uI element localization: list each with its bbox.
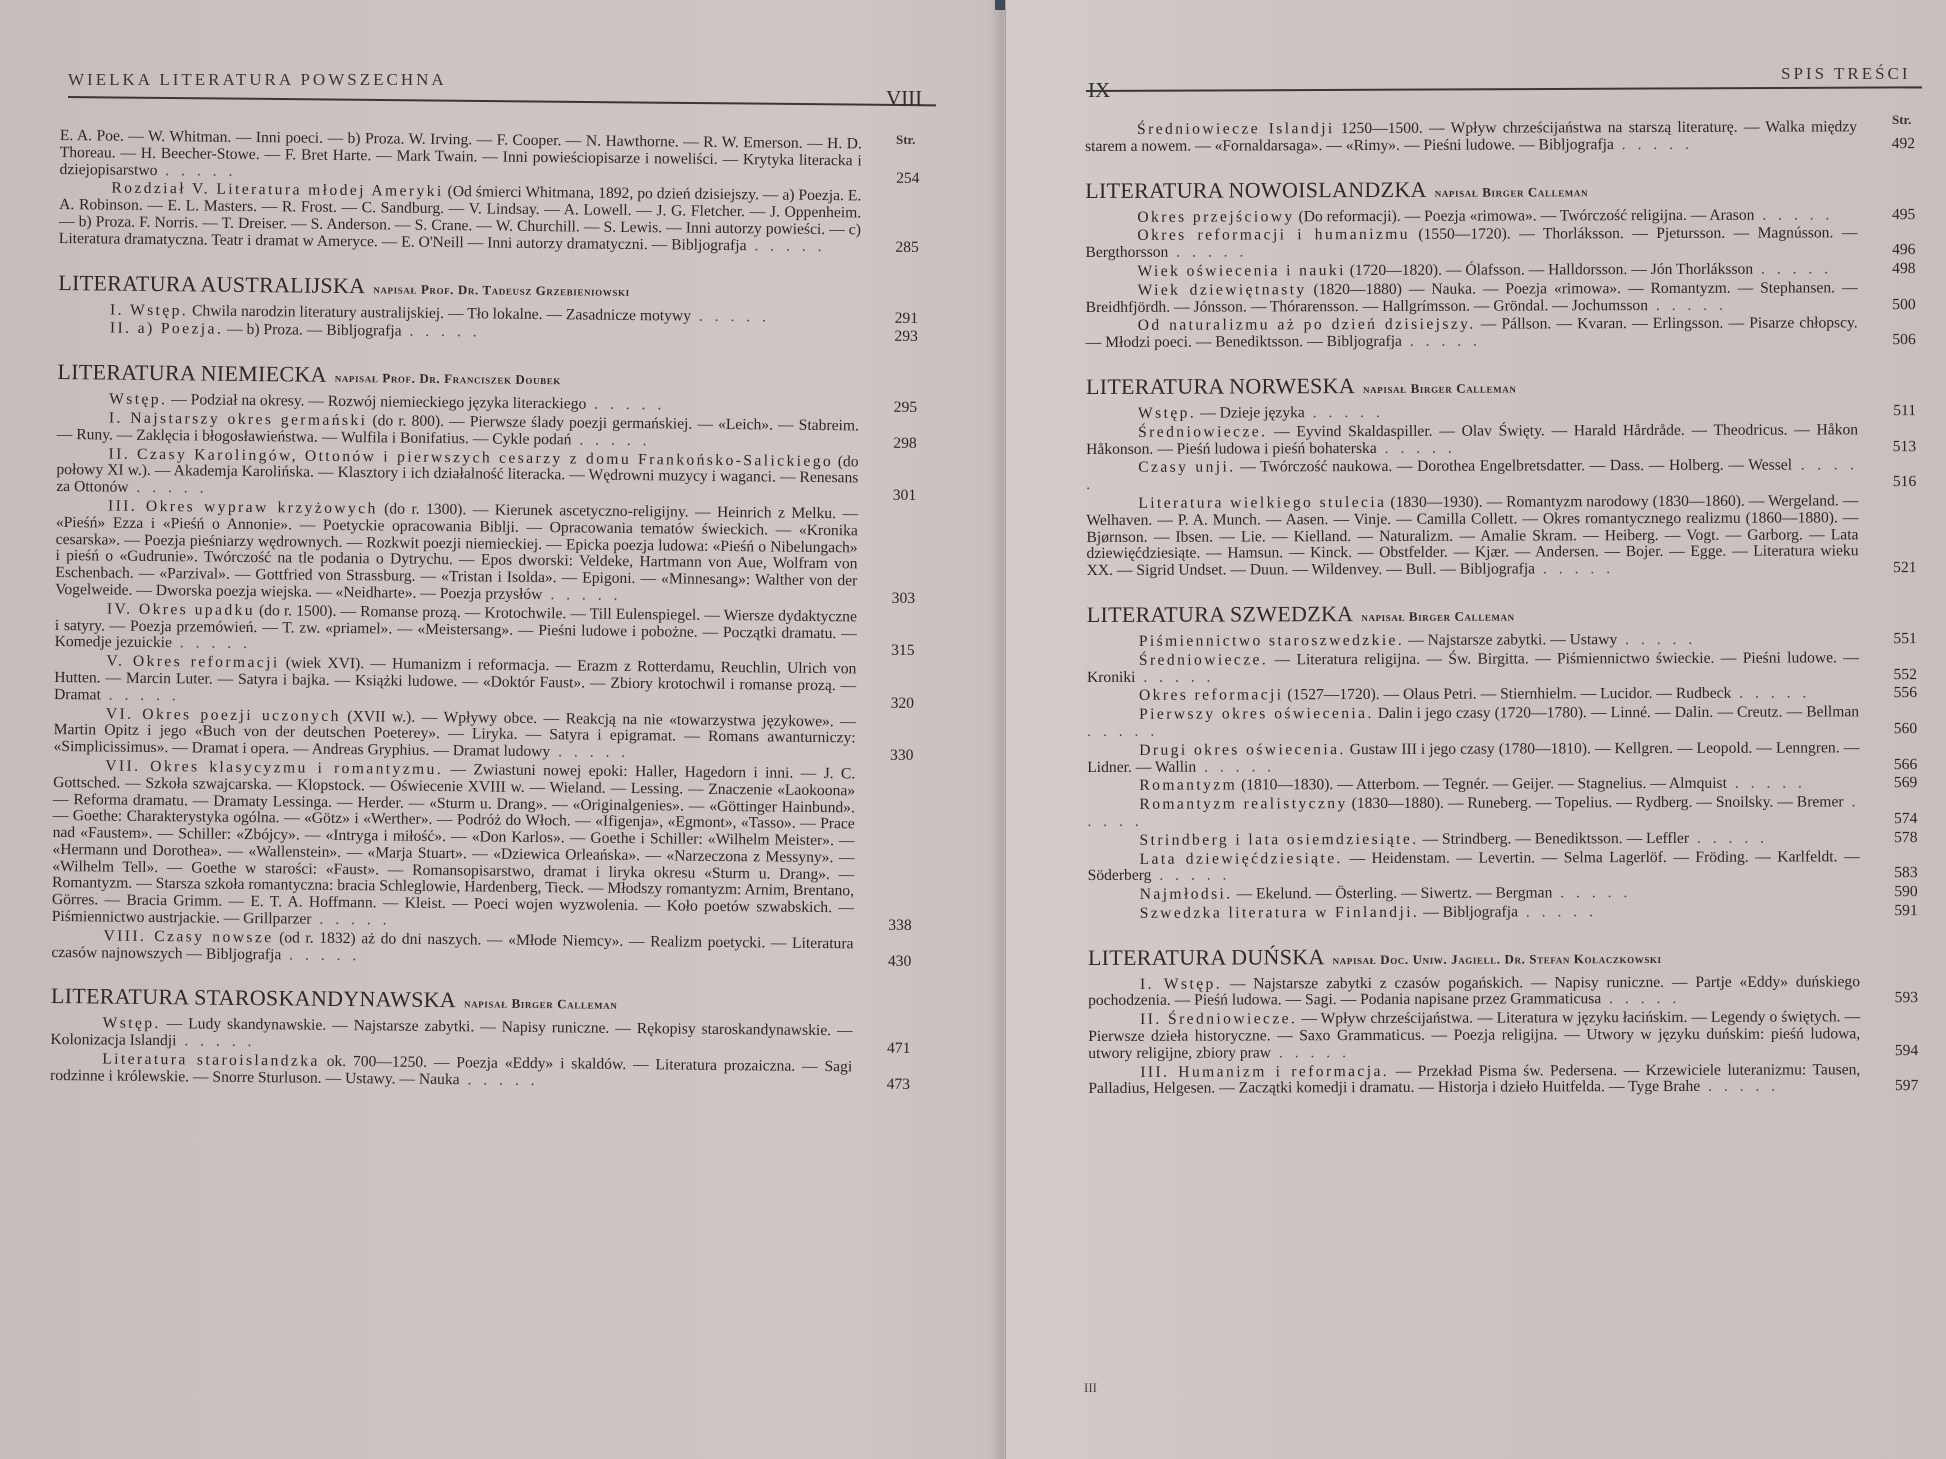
dot-leader: . . . . . — [460, 1071, 539, 1089]
section-author: napisał Birger Calleman — [464, 996, 618, 1013]
page-number: 513 — [1864, 439, 1916, 456]
entry-lead: IV. Okres upadku — [107, 600, 255, 619]
section-title: Literatura niemiecka — [57, 359, 327, 387]
toc-right-column: Średniowiecze Islandji 1250—1500. — Wpły… — [1085, 119, 1918, 1120]
page-number: 430 — [859, 953, 911, 970]
entry-indent — [50, 1063, 102, 1064]
entry-lead: Strindberg i lata osiemdziesiąte. — [1139, 831, 1418, 849]
entry-text: — Zwiastuni nowej epoki: Haller, Hagedor… — [52, 761, 856, 928]
entry-text: — Bibljografja — [1423, 903, 1518, 920]
toc-entry[interactable]: Literatura wielkiego stulecia (1830—1930… — [1086, 493, 1916, 580]
toc-entry[interactable]: Wstęp. — Dzieje języka . . . . .511 — [1086, 403, 1916, 423]
toc-entry[interactable]: Pierwszy okres oświecenia. Dalin i jego … — [1087, 704, 1917, 740]
dot-leader: . . . . . — [1614, 136, 1693, 153]
signature-mark: III — [1084, 1380, 1097, 1396]
toc-section: Średniowiecze Islandji 1250—1500. — Wpły… — [1085, 119, 1915, 155]
entry-text: (Do reformacji). — Poezja «rimowa». — Tw… — [1298, 206, 1754, 225]
toc-left-column: E. A. Poe. — W. Whitman. — Inni poeci. —… — [50, 128, 920, 1116]
toc-section: Literatura nowoislandzkanapisał Birger C… — [1085, 175, 1916, 352]
entry-lead: V. Okres reformacji — [106, 653, 279, 672]
toc-entry[interactable]: VII. Okres klasycyzmu i romantyzmu. — Zw… — [52, 758, 914, 935]
entry-lead: Czasy unji. — [1138, 459, 1235, 476]
page-number: 285 — [867, 239, 919, 256]
entry-indent — [57, 403, 109, 404]
entry-text: — Twórczość naukowa. — Dorothea Engelbre… — [1240, 457, 1792, 476]
entry-lead: Najmłodsi. — [1140, 886, 1233, 903]
entry-lead: Wiek dziewiętnasty — [1138, 281, 1307, 299]
entry-indent — [54, 717, 106, 718]
entry-indent — [54, 665, 106, 666]
dot-leader: . . . . . — [1151, 867, 1230, 884]
entry-lead: VIII. Czasy nowsze — [103, 927, 273, 946]
dot-leader: . . . . . — [571, 431, 650, 449]
page-number: 500 — [1864, 297, 1916, 314]
section-heading: Literatura australijskanapisał Prof. Dr.… — [58, 270, 918, 305]
toc-entry[interactable]: Drugi okres oświecenia. Gustaw III i jeg… — [1087, 740, 1917, 776]
dot-leader: . . . . . — [1648, 296, 1727, 313]
toc-entry[interactable]: Średniowiecze. — Literatura religijna. —… — [1087, 650, 1917, 686]
entry-text: (1720—1820). — Ólafsson. — Halldorsson. … — [1350, 261, 1753, 279]
dot-leader: . . . . . — [1700, 1078, 1779, 1095]
dot-leader: . . . . . — [1753, 260, 1832, 277]
dot-leader: . . . . . — [1305, 404, 1384, 421]
toc-entry[interactable]: Najmłodsi. — Ekelund. — Österling. — Siw… — [1088, 884, 1918, 904]
entry-text: (1810—1830). — Atterbom. — Tegnér. — Gei… — [1241, 775, 1727, 794]
entry-text: — Ekelund. — Österling. — Siwertz. — Ber… — [1236, 884, 1552, 902]
entry-text: — Podział na okresy. — Rozwój niemieckie… — [171, 391, 586, 412]
toc-section: Literatura norweskanapisał Birger Callem… — [1086, 371, 1917, 580]
toc-entry[interactable]: II. Średniowiecze. — Wpływ chrześcijańst… — [1088, 1009, 1918, 1062]
entry-text: (1830—1880). — Runeberg. — Topelius. — R… — [1352, 793, 1844, 812]
entry-lead: Literatura wielkiego stulecia — [1138, 494, 1386, 512]
page-number: 315 — [862, 643, 914, 660]
page-number: 516 — [1864, 474, 1916, 491]
toc-entry[interactable]: Rozdział V. Literatura młodej Ameryki (O… — [59, 180, 920, 256]
section-author: napisał Birger Calleman — [1363, 380, 1516, 396]
entry-indent — [56, 510, 108, 511]
page-number: 471 — [858, 1041, 910, 1058]
header-rule-right — [1086, 86, 1922, 92]
dot-leader: . . . . . — [1727, 775, 1806, 792]
section-heading: Literatura duńskanapisał Doc. Uniw. Jagi… — [1088, 942, 1918, 971]
entry-text: — Ludy skandynawskie. — Najstarsze zabyt… — [50, 1016, 852, 1050]
toc-section: Literatura duńskanapisał Doc. Uniw. Jagi… — [1088, 942, 1919, 1098]
entry-indent — [58, 314, 110, 315]
dot-leader: . . . . . — [1601, 990, 1680, 1007]
entry-lead: Okres przejściowy — [1137, 208, 1294, 226]
entry-lead: Wstęp. — [103, 1015, 161, 1033]
toc-section: Literatura szwedzkanapisał Birger Callem… — [1087, 599, 1918, 923]
section-title: Literatura duńska — [1088, 944, 1325, 970]
toc-entry[interactable]: E. A. Poe. — W. Whitman. — Inni poeci. —… — [59, 128, 919, 187]
page-number: 594 — [1866, 1043, 1918, 1060]
dot-leader: . . . . . — [586, 396, 665, 414]
page-number: 593 — [1866, 991, 1918, 1008]
page-number: 552 — [1865, 667, 1917, 684]
toc-entry[interactable]: V. Okres reformacji (wiek XVI). — Humani… — [54, 653, 914, 712]
section-heading: Literatura niemieckanapisał Prof. Dr. Fr… — [57, 359, 917, 394]
page-number: 569 — [1865, 775, 1917, 792]
page-number: 566 — [1865, 757, 1917, 774]
page-number: 506 — [1864, 332, 1916, 349]
section-author: napisał Doc. Uniw. Jagiell. Dr. Stefan K… — [1333, 951, 1662, 967]
toc-entry[interactable]: Okres reformacji (1527—1720). — Olaus Pe… — [1087, 685, 1917, 705]
dot-leader: . . . . . — [311, 911, 390, 929]
dot-leader: . . . . . — [172, 635, 251, 653]
toc-entry[interactable]: III. Humanizm i reformacja. — Przekład P… — [1088, 1062, 1918, 1098]
dot-leader: . . . . . — [1377, 439, 1456, 456]
dot-leader: . . . . . — [1271, 1044, 1350, 1061]
entry-lead: Od naturalizmu aż po dzień dzisiejszy. — [1138, 316, 1476, 334]
toc-section: Literatura australijskanapisał Prof. Dr.… — [58, 270, 919, 347]
toc-entry[interactable]: III. Okres wypraw krzyżowych (do r. 1300… — [55, 498, 916, 608]
toc-entry[interactable]: Strindberg i lata osiemdziesiąte. — Stri… — [1087, 830, 1917, 850]
page-number: 498 — [1863, 261, 1915, 278]
section-title: Literatura norweska — [1086, 373, 1355, 399]
page-number: 521 — [1865, 560, 1917, 577]
toc-section: E. A. Poe. — W. Whitman. — Inni poeci. —… — [59, 128, 920, 257]
section-author: napisał Prof. Dr. Tadeusz Grzebieniowski — [373, 281, 630, 299]
toc-entry[interactable]: Piśmiennictwo staroszwedzkie. — Najstars… — [1087, 631, 1917, 651]
left-page: WIELKA LITERATURA POWSZECHNA VIII Str. E… — [0, 0, 1005, 1459]
page-number: 330 — [861, 748, 913, 765]
folio-left: VIII — [886, 86, 922, 111]
page-number: 303 — [863, 590, 915, 607]
page-number: 578 — [1865, 830, 1917, 847]
section-author: napisał Birger Calleman — [1361, 608, 1514, 624]
page-number: 597 — [1866, 1079, 1918, 1096]
page-number: 591 — [1866, 903, 1918, 920]
page-number: 583 — [1866, 865, 1918, 882]
toc-entry[interactable]: Lata dziewięćdziesiąte. — Heidenstam. — … — [1088, 849, 1918, 885]
entry-lead: Szwedzka literatura w Finlandji. — [1140, 904, 1420, 922]
dot-leader: . . . . . — [1754, 206, 1833, 223]
toc-section: Literatura staroskandynawskanapisał Birg… — [50, 983, 911, 1093]
dot-leader: . . . . . — [542, 586, 621, 604]
page-number: 320 — [862, 695, 914, 712]
toc-entry[interactable]: Wiek dziewiętnasty (1820—1880) — Nauka. … — [1086, 280, 1916, 316]
entry-lead: III. Humanizm i reformacja. — [1140, 1063, 1389, 1081]
entry-indent — [55, 613, 107, 614]
section-heading: Literatura staroskandynawskanapisał Birg… — [51, 983, 911, 1018]
section-author: napisał Prof. Dr. Franciszek Doubek — [335, 370, 561, 387]
toc-entry[interactable]: Średniowiecze. — Eyvind Skaldaspiller. —… — [1086, 422, 1916, 458]
page-number: 574 — [1865, 811, 1917, 828]
dot-leader: . . . . . — [402, 323, 481, 341]
toc-entry[interactable]: VI. Okres poezji uczonych (XVII w.). — W… — [53, 705, 913, 764]
entry-lead: Lata dziewięćdziesiąte. — [1140, 850, 1343, 868]
entry-lead: Wiek oświecenia i nauki — [1137, 262, 1345, 280]
dot-leader: . . . . . — [128, 479, 207, 497]
section-heading: Literatura norweskanapisał Birger Callem… — [1086, 371, 1916, 400]
dot-leader: . . . . . — [1552, 884, 1631, 901]
entry-indent — [51, 940, 103, 941]
entry-text: — Dzieje języka — [1200, 404, 1305, 421]
entry-indent — [59, 192, 111, 193]
entry-lead: Średniowiecze. — [1139, 651, 1268, 668]
dot-leader: . . . . . — [1731, 685, 1810, 702]
toc-entry[interactable]: Od naturalizmu aż po dzień dzisiejszy. —… — [1086, 315, 1916, 351]
entry-indent — [58, 332, 110, 333]
entry-lead: Średniowiecze. — [1138, 423, 1267, 440]
entry-indent — [53, 770, 105, 771]
page-number: 496 — [1863, 242, 1915, 259]
entry-indent — [57, 422, 109, 423]
dot-leader: . . . . . — [1689, 829, 1768, 846]
page-number: 473 — [858, 1076, 910, 1093]
entry-text: — b) Proza. — Bibljografja — [227, 321, 402, 340]
section-title: Literatura szwedzka — [1087, 601, 1354, 627]
dot-leader: . . . . . — [1087, 723, 1158, 740]
dot-leader: . . . . . — [1617, 631, 1696, 648]
toc-entry[interactable]: Szwedzka literatura w Finlandji. — Biblj… — [1088, 903, 1918, 923]
entry-lead: Wstęp. — [109, 391, 167, 409]
entry-text: (do r. 1300). — Kierunek ascetyczno-reli… — [55, 500, 858, 603]
section-title: Literatura staroskandynawska — [51, 983, 456, 1012]
dot-leader: . . . . . — [1196, 758, 1275, 775]
toc-entry[interactable]: I. Wstęp. — Najstarsze zabytki z czasów … — [1088, 974, 1918, 1010]
entry-lead: Okres reformacji — [1139, 687, 1284, 705]
entry-lead: I. Wstęp. — [110, 301, 188, 319]
page-number: 298 — [865, 435, 917, 452]
page-number: 301 — [864, 488, 916, 505]
entry-lead: Pierwszy okres oświecenia. — [1139, 705, 1374, 723]
dot-leader: . . . . . — [1135, 668, 1214, 685]
dot-leader: . . . . . — [691, 307, 770, 325]
section-title: Literatura nowoislandzka — [1085, 176, 1427, 202]
section-heading: Literatura szwedzkanapisał Birger Callem… — [1087, 599, 1917, 628]
page-number: 495 — [1863, 207, 1915, 224]
page-number: 560 — [1865, 721, 1917, 738]
dot-leader: . . . . . — [550, 743, 629, 761]
dot-leader: . . . . . — [1402, 333, 1481, 350]
entry-indent — [51, 1027, 103, 1028]
toc-entry[interactable]: Romantyzm (1810—1830). — Atterbom. — Teg… — [1087, 775, 1917, 795]
entry-lead: Średniowiecze Islandji — [1137, 120, 1335, 138]
section-author: napisał Birger Calleman — [1435, 184, 1588, 200]
dot-leader: . . . . . — [176, 1033, 255, 1051]
page-number: 293 — [866, 329, 918, 346]
section-title: Literatura australijska — [58, 270, 365, 298]
entry-lead: Romantyzm — [1139, 777, 1237, 794]
entry-lead: II. Średniowiecze. — [1140, 1011, 1297, 1029]
section-heading: Literatura nowoislandzkanapisał Birger C… — [1085, 175, 1915, 204]
entry-lead: Okres reformacji i humanizmu — [1137, 226, 1410, 244]
toc-entry[interactable]: Średniowiecze Islandji 1250—1500. — Wpły… — [1085, 119, 1915, 155]
toc-entry[interactable]: IV. Okres upadku (do r. 1500). — Romanse… — [55, 601, 915, 660]
header-rule-left — [68, 96, 936, 106]
toc-entry[interactable]: VIII. Czasy nowsze (od r. 1832) aż do dn… — [51, 928, 911, 971]
page-number: 590 — [1866, 884, 1918, 901]
entry-lead: Romantyzm realistyczny — [1139, 795, 1347, 813]
dot-leader: . . . . . — [281, 946, 360, 964]
toc-section: Literatura niemieckanapisał Prof. Dr. Fr… — [51, 359, 917, 970]
entry-lead: Wstęp. — [1138, 405, 1196, 422]
toc-entry[interactable]: Romantyzm realistyczny (1830—1880). — Ru… — [1087, 794, 1917, 830]
dot-leader: . . . . . — [157, 162, 236, 180]
running-head-left: WIELKA LITERATURA POWSZECHNA — [68, 70, 447, 90]
dot-leader: . . . . . — [746, 237, 825, 255]
toc-entry[interactable]: Czasy unji. — Twórczość naukowa. — Dorot… — [1086, 457, 1916, 493]
page-number: 551 — [1865, 631, 1917, 648]
dot-leader: . . . . . — [101, 686, 180, 704]
page-number: 291 — [866, 310, 918, 327]
page-number: 295 — [865, 400, 917, 417]
entry-lead: I. Wstęp. — [1140, 975, 1222, 992]
entry-text: Dalin i jego czasy (1720—1780). — Linné.… — [1378, 703, 1859, 722]
dot-leader: . . . . . — [1168, 244, 1247, 261]
entry-text: — Najstarsze zabytki. — Ustawy — [1408, 631, 1617, 649]
entry-lead: Drugi okres oświecenia. — [1139, 741, 1346, 759]
toc-entry[interactable]: Literatura staroislandzka ok. 700—1250. … — [50, 1051, 910, 1094]
entry-indent — [57, 458, 109, 459]
toc-entry[interactable]: II. Czasy Karolingów, Ottonów i pierwszy… — [56, 446, 916, 505]
toc-entry[interactable]: Okres reformacji i humanizmu (1550—1720)… — [1085, 225, 1915, 261]
page-number: 511 — [1864, 403, 1916, 420]
entry-text: — Strindberg. — Benediktsson. — Leffler — [1422, 830, 1689, 848]
dot-leader: . . . . . — [1518, 903, 1597, 920]
running-head-right: SPIS TREŚCI — [1781, 64, 1911, 84]
page-number: 254 — [867, 170, 919, 187]
entry-lead: II. a) Poezja. — [110, 320, 223, 338]
entry-text: (1527—1720). — Olaus Petri. — Stiernhiel… — [1287, 685, 1731, 704]
dot-leader: . . . . . — [1535, 560, 1614, 577]
page-number: 556 — [1865, 685, 1917, 702]
toc-entry[interactable]: Okres przejściowy (Do reformacji). — Poe… — [1085, 207, 1915, 227]
entry-lead: Piśmiennictwo staroszwedzkie. — [1139, 632, 1404, 650]
page-number: 492 — [1863, 136, 1915, 153]
page-number: 338 — [860, 917, 912, 934]
toc-entry[interactable]: Wiek oświecenia i nauki (1720—1820). — Ó… — [1085, 261, 1915, 281]
